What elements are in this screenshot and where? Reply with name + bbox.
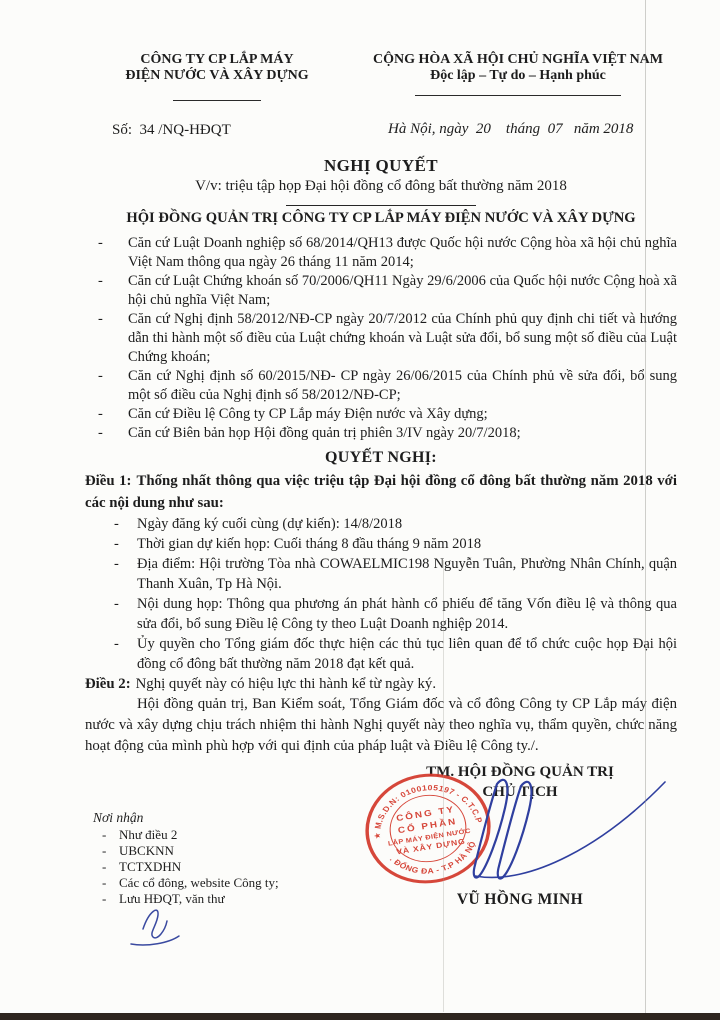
article-1: Điều 1:Thống nhất thông qua việc triệu t… [85,471,677,514]
bullet-dash: - [85,534,137,554]
bullet-dash: - [85,367,128,405]
paper-crease-line [443,560,444,1012]
bullet-dash: - [85,594,137,634]
document-body: NGHỊ QUYẾT V/v: triệu tập họp Đại hội đồ… [85,150,677,757]
bullet-dash: - [85,405,128,424]
scan-edge-bar [0,1013,720,1020]
document-title: NGHỊ QUYẾT [85,150,677,176]
recipients-label: Nơi nhận [93,810,333,826]
article-2-label: Điều 2: [85,676,131,692]
resolution-heading: QUYẾT NGHỊ: [85,448,677,468]
org-underline [173,100,261,101]
recipient-item: - UBCKNN [93,843,333,859]
org-name-line1: CÔNG TY CP LẮP MÁY [118,52,316,68]
preamble-item: - Căn cứ Biên bản họp Hội đồng quản trị … [85,424,677,443]
clerk-initials-scribble [125,903,187,947]
title-underline [286,205,476,206]
preamble-list: - Căn cứ Luật Doanh nghiệp số 68/2014/QH… [85,234,677,443]
recipients-block: Nơi nhận - Như điều 2 - UBCKNN - TCTXDHN… [93,810,333,907]
bullet-dash: - [85,310,128,367]
list-item: - Nội dung họp: Thông qua phương án phát… [85,594,677,634]
scanned-resolution-document: CÔNG TY CP LẮP MÁY ĐIỆN NƯỚC VÀ XÂY DỰNG… [0,0,720,1020]
bullet-dash: - [85,272,128,310]
bullet-dash: - [93,859,119,875]
issuer-heading: HỘI ĐỒNG QUẢN TRỊ CÔNG TY CP LẮP MÁY ĐIỆ… [85,208,677,228]
preamble-item: - Căn cứ Nghị định số 60/2015/NĐ- CP ngà… [85,367,677,405]
bullet-dash: - [85,424,128,443]
document-number: Số: 34 /NQ-HĐQT [112,122,231,139]
bullet-dash: - [93,843,119,859]
article-2: Điều 2:Nghị quyết này có hiệu lực thi hà… [85,674,677,694]
bullet-dash: - [93,827,119,843]
preamble-item: - Căn cứ Điều lệ Công ty CP Lắp máy Điện… [85,405,677,424]
preamble-item: - Căn cứ Luật Doanh nghiệp số 68/2014/QH… [85,234,677,272]
paper-crease-line [645,0,646,1013]
national-motto-block: CỘNG HÒA XÃ HỘI CHỦ NGHĨA VIỆT NAM Độc l… [354,52,682,96]
bullet-dash: - [93,891,119,907]
bullet-dash: - [85,634,137,674]
national-title: CỘNG HÒA XÃ HỘI CHỦ NGHĨA VIỆT NAM [354,52,682,68]
document-subject: V/v: triệu tập họp Đại hội đồng cổ đông … [85,176,677,196]
chairman-signature [445,772,670,884]
preamble-item: - Căn cứ Luật Chứng khoán số 70/2006/QH1… [85,272,677,310]
closing-paragraph: Hội đồng quản trị, Ban Kiểm soát, Tổng G… [85,694,677,757]
list-item: - Ủy quyền cho Tổng giám đốc thực hiện c… [85,634,677,674]
place-date-line: Hà Nội, ngày 20 tháng 07 năm 2018 [388,121,633,138]
bullet-dash: - [85,234,128,272]
article-1-label: Điều 1: [85,473,131,489]
recipient-item: - Các cổ đông, website Công ty; [93,875,333,891]
list-item: - Thời gian dự kiến họp: Cuối tháng 8 đầ… [85,534,677,554]
recipient-item: - TCTXDHN [93,859,333,875]
bullet-dash: - [85,554,137,594]
signer-name: VŨ HỒNG MINH [370,891,670,909]
bullet-dash: - [93,875,119,891]
bullet-dash: - [85,514,137,534]
motto-underline [415,95,621,96]
recipient-item: - Như điều 2 [93,827,333,843]
list-item: - Ngày đăng ký cuối cùng (dự kiến): 14/8… [85,514,677,534]
org-name-line2: ĐIỆN NƯỚC VÀ XÂY DỰNG [118,68,316,84]
national-motto: Độc lập – Tự do – Hạnh phúc [354,68,682,84]
article-1-items: - Ngày đăng ký cuối cùng (dự kiến): 14/8… [85,514,677,674]
preamble-item: - Căn cứ Nghị định 58/2012/NĐ-CP ngày 20… [85,310,677,367]
issuing-org-block: CÔNG TY CP LẮP MÁY ĐIỆN NƯỚC VÀ XÂY DỰNG [118,52,316,101]
list-item: - Địa điểm: Hội trường Tòa nhà COWAELMIC… [85,554,677,594]
